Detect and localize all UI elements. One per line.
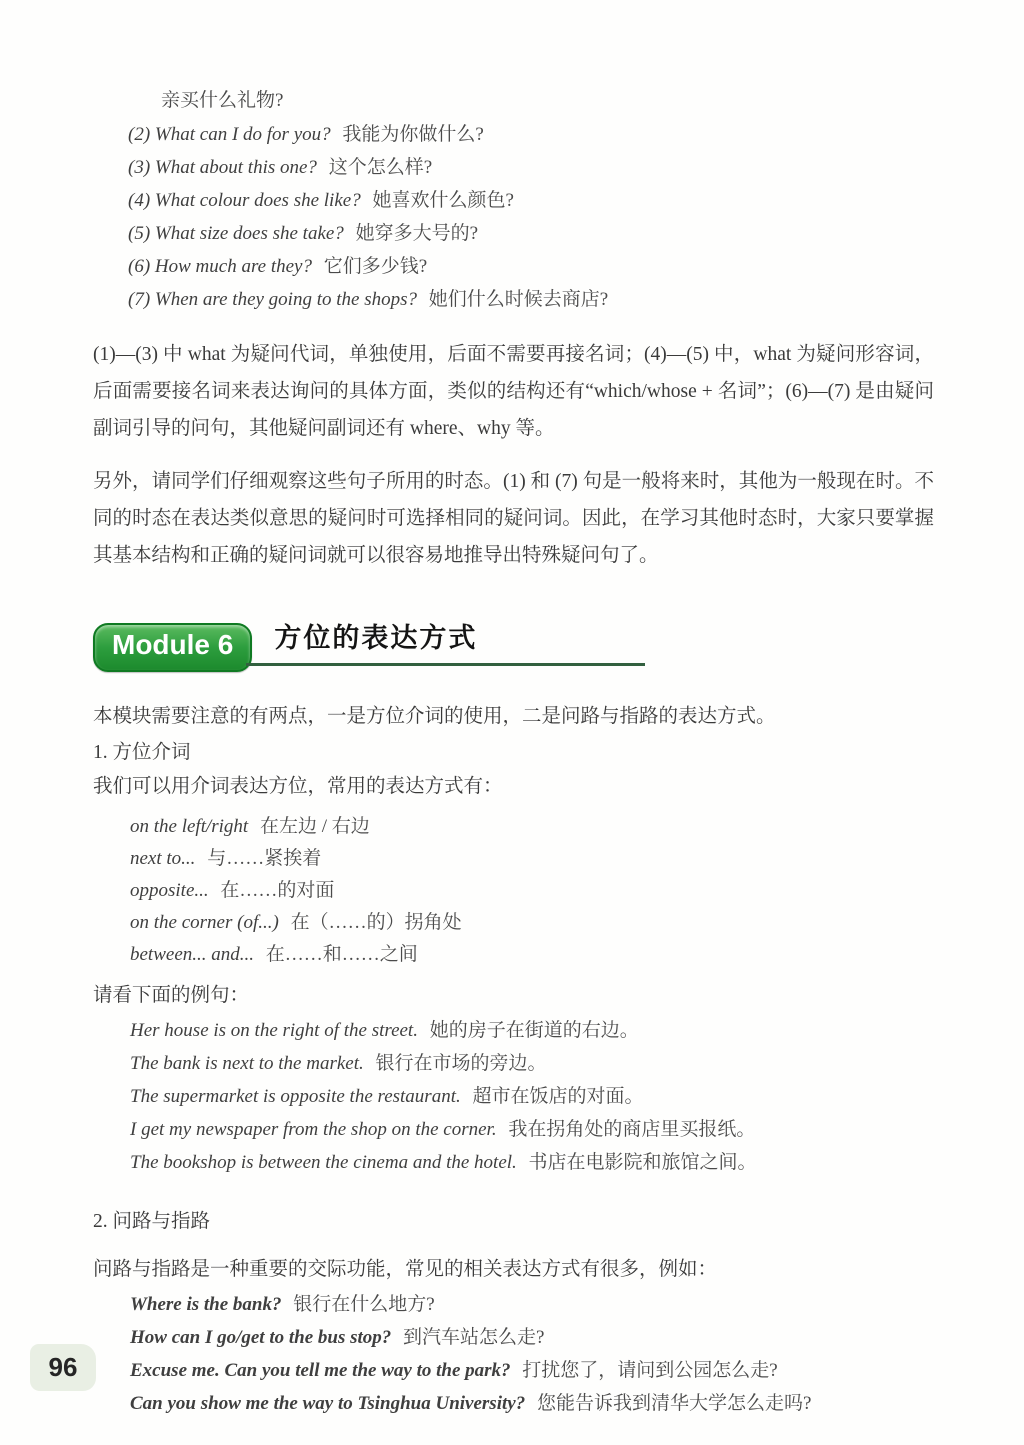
chinese-translation: 银行在市场的旁边。 [376, 1053, 547, 1074]
example-list-2: Where is the bank? 银行在什么地方? How can I go… [93, 1288, 934, 1420]
chinese-translation: 在……和……之间 [266, 944, 418, 965]
english-sentence: Can you show me the way to Tsinghua Univ… [130, 1393, 525, 1414]
carryover-line: 亲买什么礼物? [161, 84, 934, 118]
english-phrase: opposite... [130, 880, 209, 901]
list-item: on the corner (of...) 在（……的）拐角处 [130, 907, 934, 939]
page-number-badge: 96 [30, 1344, 96, 1391]
list-item: (6) How much are they? 它们多少钱? [128, 250, 934, 283]
example-sentence: Where is the bank? 银行在什么地方? [130, 1288, 934, 1321]
english-sentence: (2) What can I do for you? [128, 124, 331, 145]
subsection-lead-2: 问路与指路是一种重要的交际功能，常见的相关表达方式有很多，例如： [93, 1253, 934, 1287]
chinese-translation: 我能为你做什么? [342, 124, 483, 145]
chinese-translation: 到汽车站怎么走? [403, 1327, 544, 1348]
chinese-translation: 这个怎么样? [329, 157, 432, 178]
module-title: 方位的表达方式 [274, 623, 477, 653]
example-sentence: How can I go/get to the bus stop? 到汽车站怎么… [130, 1321, 934, 1354]
list-item: (3) What about this one? 这个怎么样? [128, 151, 934, 184]
chinese-translation: 我在拐角处的商店里买报纸。 [508, 1119, 755, 1140]
english-phrase: on the left/right [130, 816, 248, 837]
example-sentence: Excuse me. Can you tell me the way to th… [130, 1354, 934, 1387]
example-sentence: I get my newspaper from the shop on the … [130, 1113, 934, 1146]
english-sentence: How can I go/get to the bus stop? [130, 1327, 391, 1348]
chinese-translation: 书店在电影院和旅馆之间。 [529, 1152, 757, 1173]
english-sentence: The bank is next to the market. [130, 1053, 364, 1074]
english-sentence: Her house is on the right of the street. [130, 1020, 418, 1041]
list-item: on the left/right 在左边 / 右边 [130, 811, 934, 843]
chinese-translation: 打扰您了，请问到公园怎么走? [522, 1360, 777, 1381]
example-sentence: The bank is next to the market. 银行在市场的旁边… [130, 1047, 934, 1080]
chinese-translation: 与……紧挨着 [207, 848, 321, 869]
english-sentence: Where is the bank? [130, 1294, 282, 1315]
page-content: 亲买什么礼物? (2) What can I do for you? 我能为你做… [93, 84, 934, 1430]
example-sentence: The supermarket is opposite the restaura… [130, 1080, 934, 1113]
chinese-translation: 超市在饭店的对面。 [472, 1086, 643, 1107]
examples-lead: 请看下面的例句： [93, 979, 934, 1013]
list-item: opposite... 在……的对面 [130, 875, 934, 907]
module-header: Module 6方位的表达方式 [93, 616, 934, 668]
section-intro: 本模块需要注意的有两点，一是方位介词的使用，二是问路与指路的表达方式。 [93, 700, 934, 734]
chinese-translation: 她喜欢什么颜色? [372, 190, 513, 211]
preposition-list: on the left/right 在左边 / 右边 next to... 与…… [93, 811, 934, 971]
chinese-translation: 它们多少钱? [324, 256, 427, 277]
textbook-page: 亲买什么礼物? (2) What can I do for you? 我能为你做… [0, 0, 1024, 1445]
english-sentence: (3) What about this one? [128, 157, 317, 178]
chinese-translation: 她的房子在街道的右边。 [430, 1020, 639, 1041]
list-item: (2) What can I do for you? 我能为你做什么? [128, 118, 934, 151]
chinese-translation: 您能告诉我到清华大学怎么走吗? [537, 1393, 811, 1414]
english-sentence: (6) How much are they? [128, 256, 312, 277]
subsection-heading-1: 1. 方位介词 [93, 736, 934, 770]
chinese-translation: 在左边 / 右边 [260, 816, 370, 837]
chinese-translation: 在……的对面 [220, 880, 334, 901]
english-sentence: (4) What colour does she like? [128, 190, 361, 211]
chinese-translation: 银行在什么地方? [293, 1294, 434, 1315]
example-sentence: The bookshop is between the cinema and t… [130, 1146, 934, 1179]
example-sentence: Her house is on the right of the street.… [130, 1014, 934, 1047]
list-item: (4) What colour does she like? 她喜欢什么颜色? [128, 184, 934, 217]
list-item: next to... 与……紧挨着 [130, 843, 934, 875]
english-phrase: between... and... [130, 944, 254, 965]
english-sentence: The bookshop is between the cinema and t… [130, 1152, 517, 1173]
english-phrase: on the corner (of...) [130, 912, 279, 933]
english-sentence: (7) When are they going to the shops? [128, 289, 417, 310]
chinese-translation: 在（……的）拐角处 [291, 912, 462, 933]
explanation-paragraph-2: 另外，请同学们仔细观察这些句子所用的时态。(1) 和 (7) 句是一般将来时，其… [93, 463, 934, 574]
example-list-1: Her house is on the right of the street.… [93, 1014, 934, 1179]
english-sentence: I get my newspaper from the shop on the … [130, 1119, 497, 1140]
example-sentence: Can you show me the way to Tsinghua Univ… [130, 1387, 934, 1420]
header-underline [246, 663, 645, 666]
english-sentence: (5) What size does she take? [128, 223, 344, 244]
list-item: between... and... 在……和……之间 [130, 939, 934, 971]
list-item: (5) What size does she take? 她穿多大号的? [128, 217, 934, 250]
chinese-translation: 她们什么时候去商店? [429, 289, 608, 310]
english-phrase: next to... [130, 848, 195, 869]
module-badge: Module 6 [93, 623, 252, 672]
subsection-lead-1: 我们可以用介词表达方位，常用的表达方式有： [93, 770, 934, 804]
subsection-heading-2: 2. 问路与指路 [93, 1205, 934, 1239]
list-item: (7) When are they going to the shops? 她们… [128, 283, 934, 316]
explanation-paragraph-1: (1)—(3) 中 what 为疑问代词，单独使用，后面不需要再接名词；(4)—… [93, 336, 934, 447]
english-sentence: The supermarket is opposite the restaura… [130, 1086, 461, 1107]
chinese-translation: 她穿多大号的? [356, 223, 478, 244]
english-sentence: Excuse me. Can you tell me the way to th… [130, 1360, 511, 1381]
